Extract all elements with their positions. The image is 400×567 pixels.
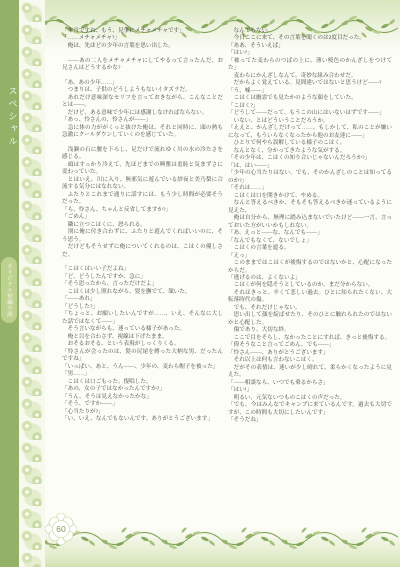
text-line: そう言いながらも、迷っている様子があった。 (62, 326, 223, 333)
text-line: 浅瀬の石に腰を下ろし、足だけで流れゆく川の水の冷たさを感じる。 (62, 147, 223, 162)
text-line: 「い、いえ、なんでもないんです。ありがとうございます」 (62, 416, 223, 423)
text-line: 「あの、女の子ではなかったんですか?」 (62, 386, 223, 393)
text-line: 傷であり、大切な絆。 (228, 327, 392, 334)
text-line: 「うん、そうは見えなかったかな」 (62, 394, 223, 401)
text-line: 「ええと、かんざしだけって……。もしかして、私のことが嫌いになって、もういらなく… (228, 125, 392, 140)
text-line: だからよく覚えている。見間違いではないと思うけど——? (228, 80, 392, 87)
text-line: あれだけ意味深なセリフを言っておきながら、こんなことだとは——。 (62, 95, 223, 110)
text-line: 俺は、先ほどの少年の言葉を思い出した。 (62, 43, 223, 50)
text-column-right: なんでもない。 今日ここに来て、その言葉を聞くのは2度目だった。「ああ、そういえ… (228, 28, 392, 425)
text-column-left: 「本当ですね、もう、見事にメチャメチャです」「……メチャメチャ?」 俺は、先ほど… (62, 28, 223, 423)
text-line: ふたりとこれまで通りに話すには、もう少し時間が必要そうだった。 (62, 192, 223, 207)
text-line: 「そうだね」 (228, 417, 392, 424)
text-line: 「はい!」 (228, 387, 392, 394)
text-line: 「心当たりが?」 (62, 409, 223, 416)
text-line: 「……メチャメチャ?」 (62, 35, 223, 42)
text-line: ——あの二人をメチャメチャにしてやるって言ったんだ、お兄さんはどうするかな? (62, 58, 223, 73)
text-line: このままではこはくが後悔するのではないかと、心配になったからだ。 (228, 260, 392, 275)
text-line: それ以上は何も言わないこはく。 (228, 357, 392, 364)
text-line: 「なんでもなくて、ないでしょ」 (228, 238, 392, 245)
lace-border (19, 0, 45, 567)
text-line: だがその表情は、迷いが少し晴れて、柔らかくなったように見えた。 (228, 365, 392, 380)
text-line: 「ごめん」 (62, 214, 223, 221)
text-line: 「少年の心当たりはない。でも、そのかんざしのことは知ってるのか?」 (228, 170, 392, 185)
text-line: 「怜さんが会ったのは、髪の尻尾を縛った大柄な男、だったんですね」 (62, 349, 223, 364)
text-line: 「えっ」 (228, 253, 392, 260)
text-line (62, 50, 223, 57)
sidebar-section-label: スペシャル (4, 86, 18, 149)
text-line: 「それは……」 (228, 185, 392, 192)
text-line: こはくが何を隠そうとしているのか、まだ分からない。 (228, 282, 392, 289)
text-line (62, 73, 223, 80)
text-line: 「あ、えっと——な、なんでも——」 (228, 230, 392, 237)
vine-border-bottom-icon (38, 521, 398, 557)
text-line: おそるおそる、という表現がしっくりくる。 (62, 341, 223, 348)
book-page: スペシャル オリジナル短編小説 「本当ですね、もう、見事にメチャメチャです」「…… (0, 0, 400, 567)
text-line: 俺は自分から、無理に踏み込まないでいたけど——一言、言っておいた方がいいかもしれ… (228, 215, 392, 230)
text-line: つまりは、子供のどうしようもないイタズラだ。 (62, 87, 223, 94)
text-line: だけどもそうせずに俺についてくれるのは、こはくの優しさだ。 (62, 244, 223, 259)
text-line: こはくの言葉を遮る。 (228, 245, 392, 252)
text-line: 「偉そうなこと言ってごめん。でも——」 (228, 342, 392, 349)
text-line (62, 140, 223, 147)
text-line: なんと答えるべきか、そもそも答えるべきか迷っているように見えた。 (228, 200, 392, 215)
text-line: それはきっと、辛くて悲しい過去。ひとに知られたくない、大転落時代の傷。 (228, 290, 392, 305)
text-line: 今日ここに来て、その言葉を聞くのは2度目だった。 (228, 35, 392, 42)
text-line: 別に俺に付き合わずに、ふたりと遊んでくればいいのに、そう思う。 (62, 229, 223, 244)
text-line: 思い出して顔を綻ばせたり、そのひとに触れられたのではないかと心配した。 (228, 312, 392, 327)
text-line: 「男……」 (62, 371, 223, 378)
text-line: 「いっぱい、あと、うん——、少年の、麦わら帽子を被った」 (62, 364, 223, 371)
text-line: 「——あれ」 (62, 296, 223, 303)
text-line: ひとりで何やら誤解している様子のこはく。 (228, 140, 392, 147)
text-line: 「そう、ですか——」 (62, 401, 223, 408)
text-line: 「ちょっと、お願いしたいんですが……、いえ、そんなに大した話ではなくて——」 (62, 311, 223, 326)
text-line: 「——相談なら、いつでも乗るからさ」 (228, 380, 392, 387)
text-line: とはいえ、川に入り、無邪気に遊んでいる紗夜と美乃梨に合流する気分にはなれない。 (62, 177, 223, 192)
text-line: 「でも、今はみんなでキャンプに来ているんです。過去も大切ですが、この時間も大切に… (228, 402, 392, 417)
text-line: 「その少年は、こはくの知り合いじゃないんだろうか?」 (228, 155, 392, 162)
text-line: こはくは幽霊でも見たかのような顔をしていた。 (228, 95, 392, 102)
sidebar-tab-original-short-story: オリジナル短編小説 (1, 257, 17, 323)
text-line: 「そう思ったから、言っただけだよ」 (62, 281, 223, 288)
text-line: 「どうして——だって、もうこの山にはいないはずです——」 (228, 110, 392, 117)
text-line: こはくは口ごもった。復唱した。 (62, 379, 223, 386)
text-line: 「あっ、怜さんの、怜さんが——」 (62, 117, 223, 124)
sidebar-tab-label: オリジナル短編小説 (5, 263, 13, 317)
text-line: 「こはくはいい子だよね」 (62, 266, 223, 273)
text-line: 急に体の力ががくっと抜けた俺は、それと同時に、頭の熱も急激にクールダウンしていく… (62, 125, 223, 140)
page-number-flower: 60 (45, 513, 77, 545)
page-number: 60 (45, 513, 77, 545)
text-line: 頭はすっかり冷えて、先ほどまでの興奮は羞恥と気まずさに変わっていた。 (62, 162, 223, 177)
text-line: 「被ってた麦わらのつばの上に、薄い桜色のかんざしをつけてた」 (228, 58, 392, 73)
text-line: 「はい?」 (228, 50, 392, 57)
